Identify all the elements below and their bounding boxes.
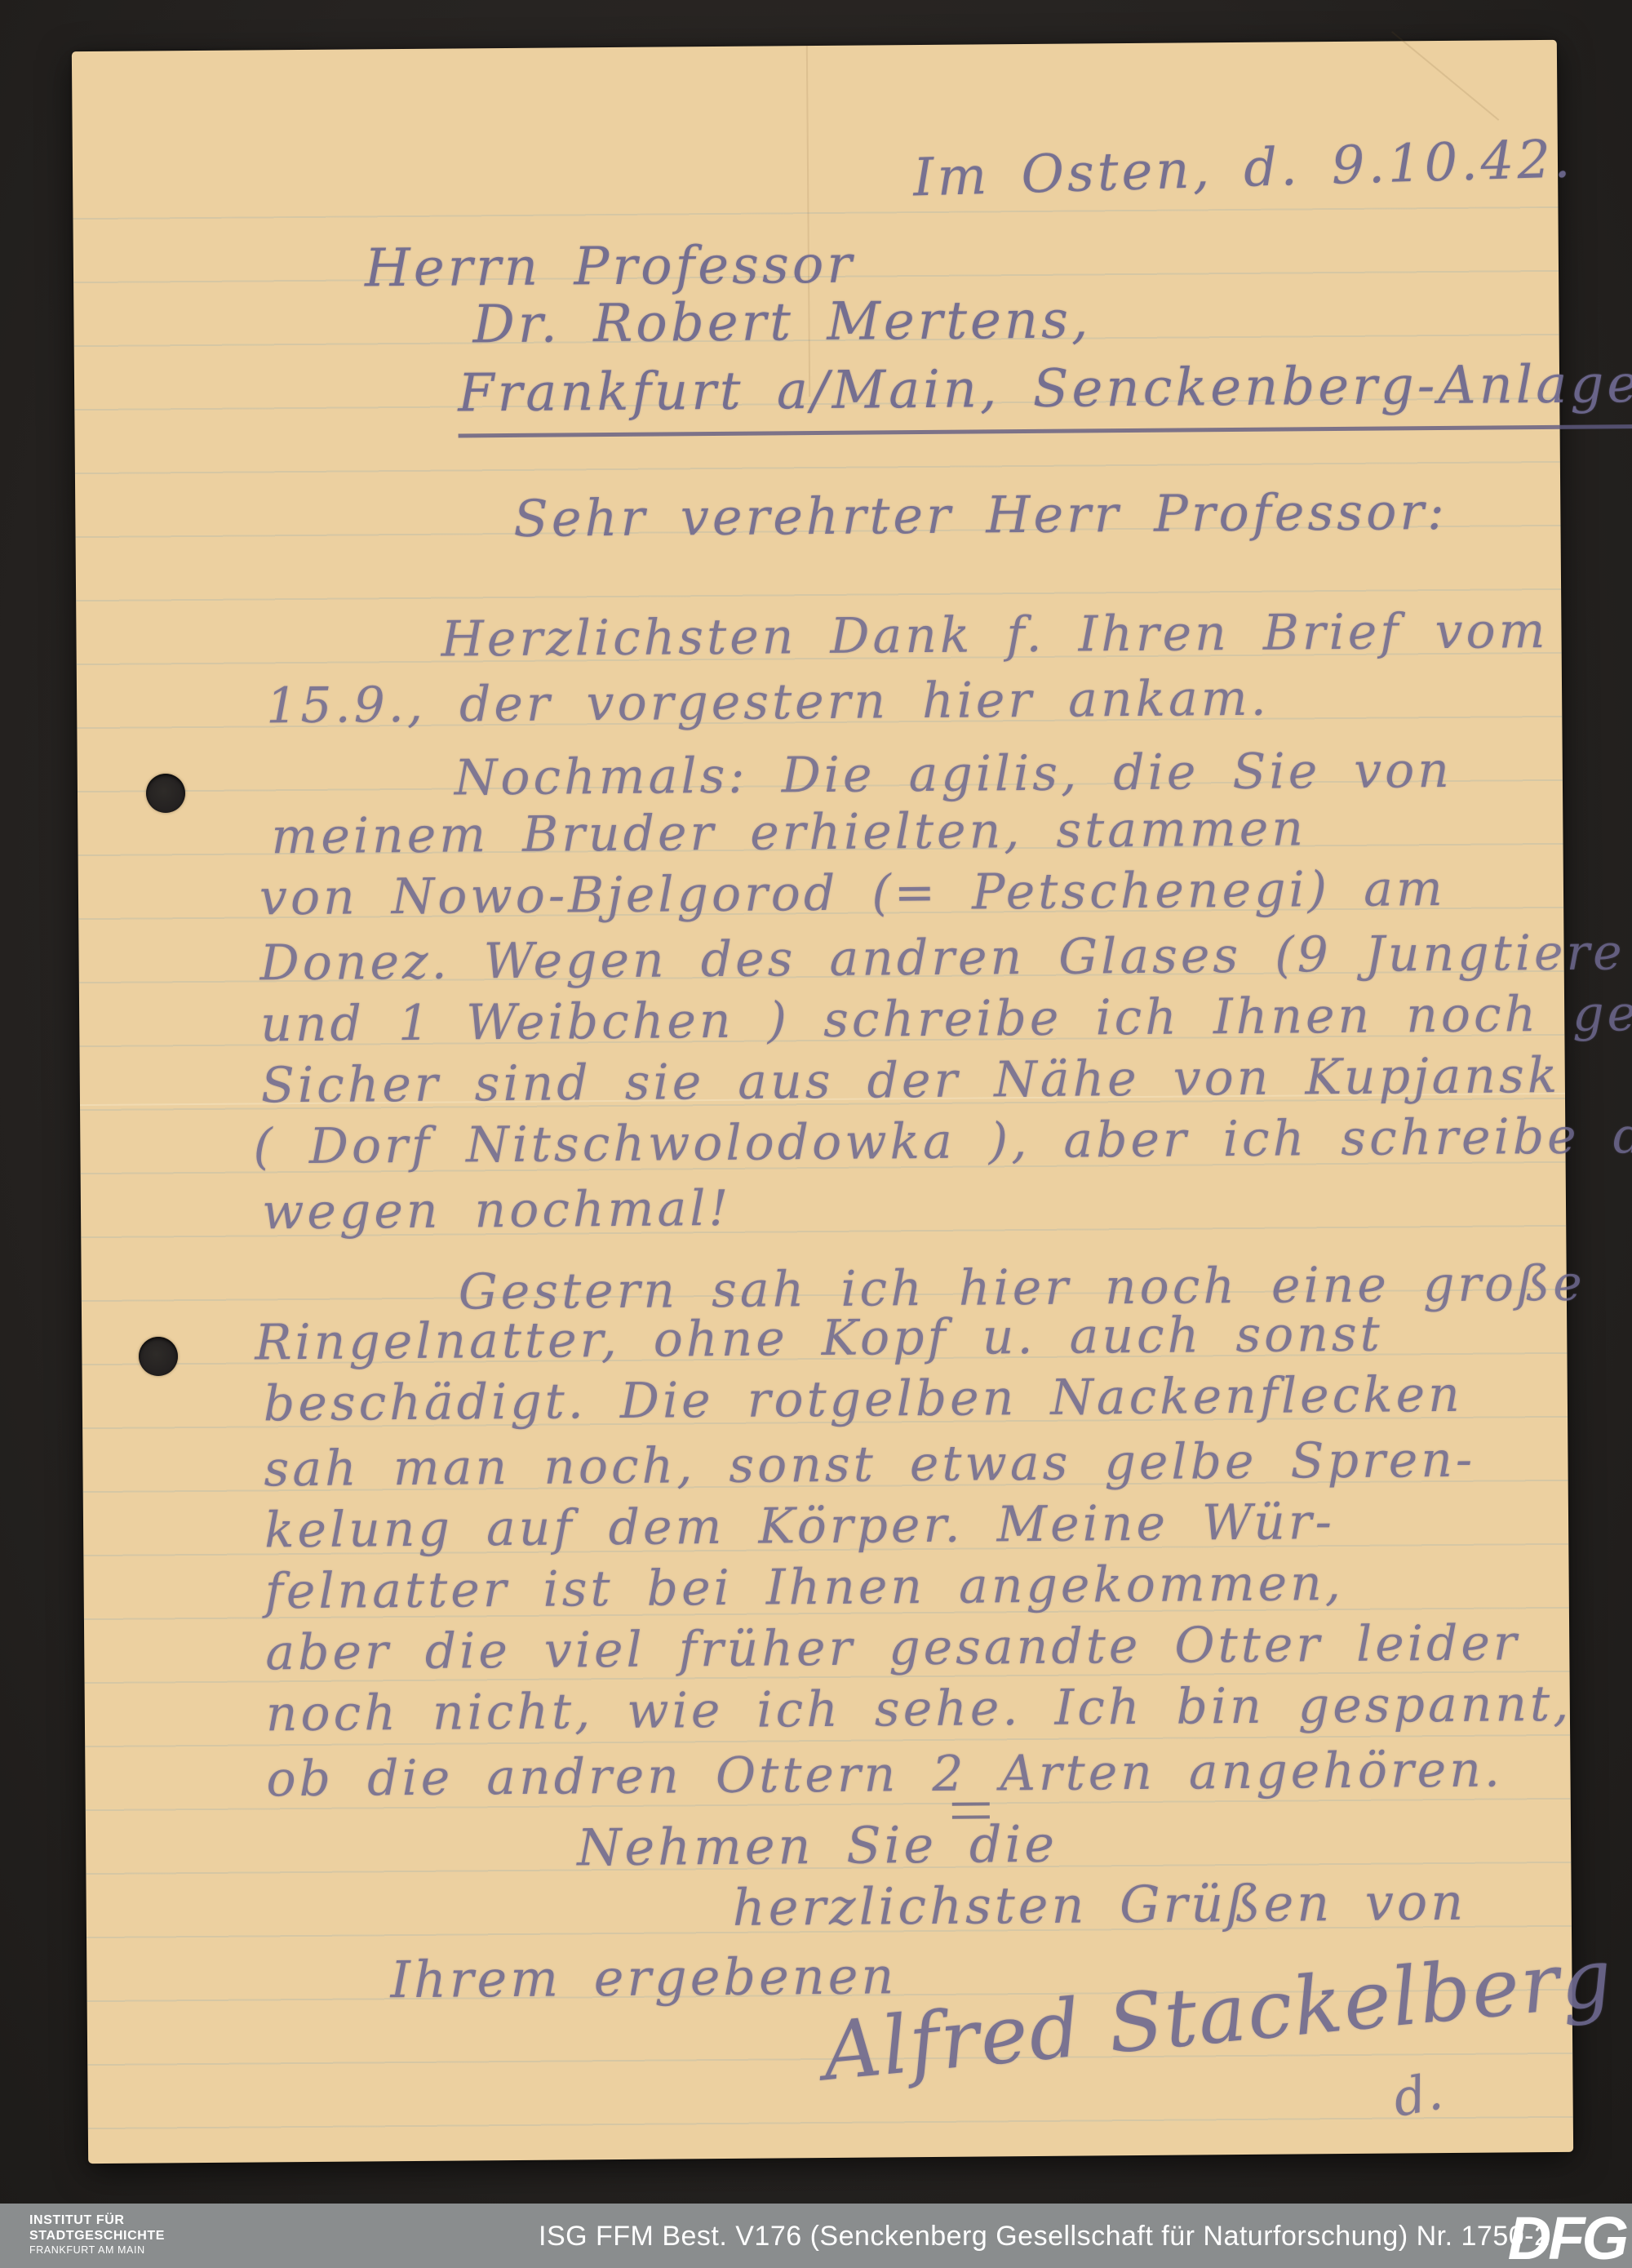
isg-logo-line: STADTGESCHICHTE xyxy=(29,2228,165,2244)
letter-line: Nochmals: Die agilis, die Sie von xyxy=(455,742,1453,807)
signature: Alfred Stackelberg xyxy=(819,1931,1617,2099)
recipient-line-underlined: Frankfurt a/Main, Senckenberg-Anlage 25 xyxy=(458,353,1632,437)
letter-line: noch nicht, wie ich sehe. Ich bin gespan… xyxy=(266,1675,1572,1743)
closing-line: herzlichsten Grüßen von xyxy=(732,1872,1466,1937)
punch-hole-bottom xyxy=(139,1337,178,1376)
recipient-line: Herrn Professor xyxy=(365,235,856,300)
letter-line: meinem Bruder erhielten, stammen xyxy=(271,800,1306,865)
closing-line: Nehmen Sie die xyxy=(577,1814,1058,1878)
letter-line: sah man noch, sonst etwas gelbe Spren- xyxy=(264,1431,1475,1498)
scan-background: Im Osten, d. 9.10.42. Herrn Professor Dr… xyxy=(0,0,1632,2268)
letter-line: 15.9., der vorgestern hier ankam. xyxy=(266,670,1270,735)
letter-date: Im Osten, d. 9.10.42. xyxy=(912,129,1574,208)
letter-line: ob die andren Ottern 2 Arten angehören. xyxy=(266,1741,1503,1808)
archive-footer-bar: INSTITUT FÜR STADTGESCHICHTE FRANKFURT A… xyxy=(0,2204,1632,2268)
isg-logo-line: INSTITUT FÜR xyxy=(29,2213,165,2228)
archive-reference-caption: ISG FFM Best. V176 (Senckenberg Gesellsc… xyxy=(539,2221,1550,2252)
letter-line: Donez. Wegen des andren Glases (9 Jungti… xyxy=(259,924,1625,992)
salutation: Sehr verehrter Herr Professor: xyxy=(513,482,1448,548)
letter-line: ( Dorf Nitschwolodowka ), aber ich schre… xyxy=(253,1107,1632,1175)
letter-line: wegen nochmal! xyxy=(262,1180,732,1241)
letter-paper: Im Osten, d. 9.10.42. Herrn Professor Dr… xyxy=(72,40,1573,2164)
letter-line: und 1 Weibchen ) schreibe ich Ihnen noch… xyxy=(260,984,1632,1053)
punch-hole-top xyxy=(146,774,185,813)
closing-line: Ihrem ergebenen xyxy=(390,1946,897,2009)
signature-flourish: d. xyxy=(1388,2062,1447,2129)
isg-institute-logo: INSTITUT FÜR STADTGESCHICHTE FRANKFURT A… xyxy=(29,2213,165,2257)
letter-line: kelung auf dem Körper. Meine Wür- xyxy=(264,1494,1335,1559)
letter-line: Sicher sind sie aus der Nähe von Kupjans… xyxy=(261,1047,1561,1115)
dfg-logo: DFG xyxy=(1508,2204,1625,2268)
letter-line: von Nowo-Bjelgorod (= Petschenegi) am xyxy=(259,860,1446,926)
letter-line: Ringelnatter, ohne Kopf u. auch sonst xyxy=(255,1306,1383,1372)
letter-line: Herzlichsten Dank f. Ihren Brief vom xyxy=(441,602,1548,668)
letter-line: aber die viel früher gesandte Otter leid… xyxy=(265,1614,1520,1681)
isg-logo-line: FRANKFURT AM MAIN xyxy=(29,2244,165,2257)
paper-corner-fold xyxy=(1391,31,1499,121)
letter-line: beschädigt. Die rotgelben Nackenflecken xyxy=(264,1366,1463,1433)
letter-line: felnatter ist bei Ihnen angekommen, xyxy=(264,1555,1344,1620)
recipient-line: Dr. Robert Mertens, xyxy=(472,290,1091,355)
